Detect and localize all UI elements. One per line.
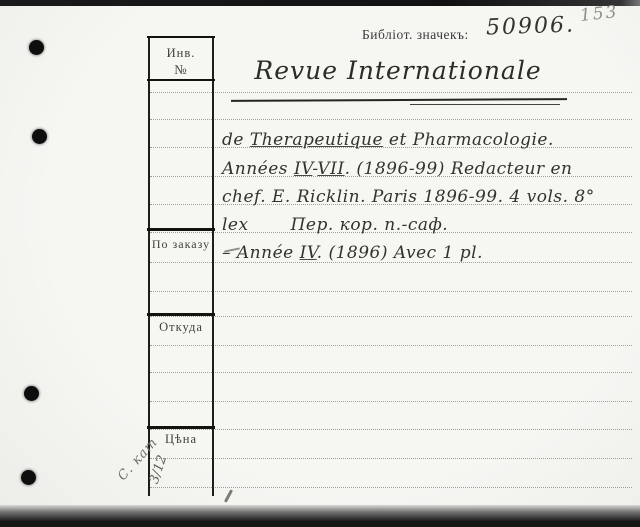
- entry-text: et Pharmacologie.: [383, 130, 554, 150]
- column-top-border: [147, 36, 215, 38]
- entry-text: de: [222, 130, 250, 150]
- ruled-line: [150, 458, 632, 459]
- inventory-number-sign: №: [148, 62, 214, 78]
- punch-hole: [21, 470, 36, 485]
- pencil-mark: [224, 489, 233, 503]
- card-title: Revue Internationale: [228, 56, 568, 85]
- entry-line: Années IV-VII. (1896-99) Redacteur en: [222, 159, 632, 179]
- entry-text: lex: [222, 215, 249, 235]
- entry-line: chef. E. Ricklin. Paris 1896-99. 4 vols.…: [222, 187, 632, 207]
- column-divider: [147, 228, 215, 231]
- library-stamp-number: 50906.: [486, 12, 576, 40]
- entry-text-binding-note: Пер. кор. п.-саф.: [291, 215, 449, 235]
- punch-hole: [29, 40, 44, 55]
- ruled-line: [150, 92, 632, 93]
- entry-line: lexПер. кор. п.-саф.: [222, 215, 632, 235]
- ruled-line: [150, 291, 632, 292]
- entry-text: chef. E. Ricklin. Paris 1896-99. 4 vols.…: [222, 187, 595, 207]
- column-divider: [147, 426, 215, 429]
- entry-text: Années: [222, 159, 294, 179]
- scan-bottom-edge: [0, 505, 640, 527]
- origin-label: Откуда: [148, 320, 214, 335]
- ruled-line: [150, 345, 632, 346]
- library-stamp-label: Библіот. значекъ:: [362, 27, 469, 43]
- column-divider: [147, 79, 215, 81]
- ruled-line: [150, 429, 632, 430]
- entry-text: . (1896-99) Redacteur en: [345, 159, 573, 179]
- ruled-line: [150, 372, 632, 373]
- title-underline-secondary: [410, 104, 560, 105]
- entry-text-underlined: VII: [317, 159, 344, 179]
- entry-text: . (1896) Avec 1 pl.: [317, 243, 483, 263]
- entry-text-underlined: Therapeutique: [250, 130, 383, 150]
- by-order-label: По заказу: [148, 237, 214, 252]
- entry-text-underlined: IV: [300, 243, 317, 263]
- catalog-card-scan: 153 Библіот. значекъ: 50906. Revue Inter…: [0, 0, 640, 527]
- punch-hole: [32, 129, 47, 144]
- scan-top-edge: [0, 0, 640, 6]
- ruled-line: [150, 487, 632, 488]
- entry-line: – Année IV. (1896) Avec 1 pl.: [222, 243, 632, 263]
- entry-text-underlined: IV: [294, 159, 312, 179]
- entry-text: – Année: [222, 243, 300, 263]
- title-underline: [231, 98, 567, 102]
- inventory-number-label: Инв.: [148, 46, 214, 61]
- ruled-line: [150, 119, 632, 120]
- ruled-line: [150, 316, 632, 317]
- entry-line: de Therapeutique et Pharmacologie.: [222, 130, 632, 150]
- page-number: 153: [579, 2, 619, 26]
- ruled-line: [150, 401, 632, 402]
- punch-hole: [24, 386, 39, 401]
- column-divider: [147, 313, 215, 316]
